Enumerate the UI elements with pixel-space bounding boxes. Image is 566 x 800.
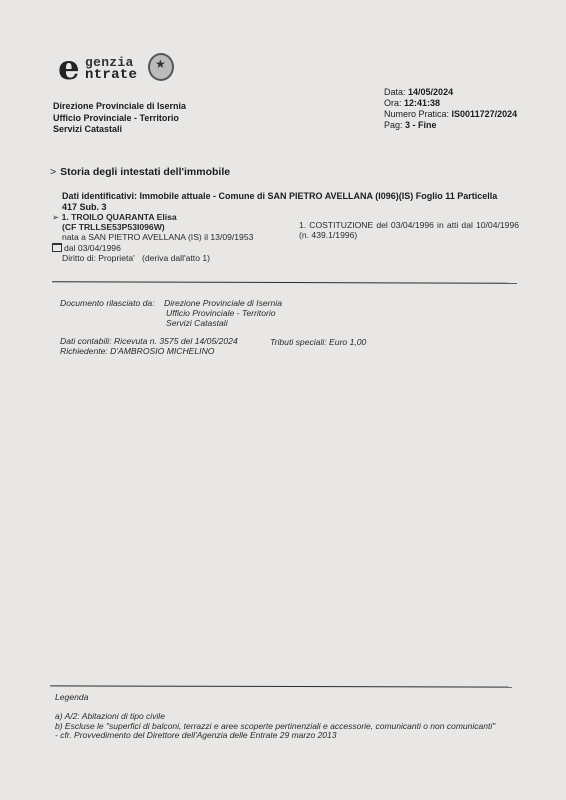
divider xyxy=(52,281,517,284)
document-meta: Data: 14/05/2024 Ora: 12:41:38 Numero Pr… xyxy=(384,87,517,131)
identificativi: Dati identificativi: Immobile attuale - … xyxy=(62,191,532,212)
issued-line-2: Ufficio Provinciale - Territorio xyxy=(60,308,282,318)
legend-title: Legenda xyxy=(55,692,88,702)
owner-right: Diritto di: Proprieta' (deriva dall'atto… xyxy=(52,253,253,263)
calendar-icon xyxy=(52,243,62,252)
republic-emblem-icon xyxy=(148,53,174,81)
owner-name: 1. TROILO QUARANTA Elisa xyxy=(62,212,177,222)
identificativi-line-1: Dati identificativi: Immobile attuale - … xyxy=(62,191,532,202)
section-title: >Storia degli intestati dell'immobile xyxy=(50,166,230,178)
chevron-right-icon: > xyxy=(50,166,56,178)
atto-description: 1. COSTITUZIONE del 03/04/1996 in atti d… xyxy=(299,220,519,240)
logo-text-bottom: ntrate xyxy=(85,67,137,83)
issued-line-1: Direzione Provinciale di Isernia xyxy=(164,298,282,308)
accounting-data: Dati contabili: Ricevuta n. 3575 del 14/… xyxy=(60,337,238,356)
logo-letter-e: e xyxy=(58,54,88,84)
meta-pratica: Numero Pratica: IS0011727/2024 xyxy=(384,109,517,120)
meta-date: Data: 14/05/2024 xyxy=(384,87,517,98)
identificativi-line-2: 417 Sub. 3 xyxy=(62,202,532,213)
legend: a) A/2: Abitazioni di tipo civile b) Esc… xyxy=(55,712,495,741)
meta-page: Pag: 3 - Fine xyxy=(384,120,517,131)
issued-by-label: Documento rilasciato da: xyxy=(60,298,164,308)
office-line-3: Servizi Catastali xyxy=(53,124,186,136)
meta-time: Ora: 12:41:38 xyxy=(384,98,517,109)
owner-fiscal-code: (CF TRLLSE53P53I096W) xyxy=(52,222,253,232)
office-line-1: Direzione Provinciale di Isernia xyxy=(53,101,186,113)
requester: Richiedente: D'AMBROSIO MICHELINO xyxy=(60,347,238,357)
owner-birth: nata a SAN PIETRO AVELLANA (IS) il 13/09… xyxy=(52,232,253,242)
section-title-text: Storia degli intestati dell'immobile xyxy=(60,166,230,178)
legend-item: - cfr. Provvedimento del Direttore dell'… xyxy=(55,731,495,741)
office-line-2: Ufficio Provinciale - Territorio xyxy=(53,113,186,125)
agenzia-entrate-logo: e genzia ntrate xyxy=(58,50,178,86)
arrow-bullet-icon: ➢ xyxy=(52,212,59,222)
issued-line-3: Servizi Catastali xyxy=(60,318,282,328)
special-fees: Tributi speciali: Euro 1,00 xyxy=(270,337,366,347)
owner-since: dal 03/04/1996 xyxy=(64,243,121,253)
document-page: e genzia ntrate Direzione Provinciale di… xyxy=(0,0,566,800)
issued-by: Documento rilasciato da:Direzione Provin… xyxy=(60,298,282,328)
owner-entry: ➢ 1. TROILO QUARANTA Elisa (CF TRLLSE53P… xyxy=(52,212,253,263)
office-header: Direzione Provinciale di Isernia Ufficio… xyxy=(53,101,186,136)
divider xyxy=(50,685,512,687)
